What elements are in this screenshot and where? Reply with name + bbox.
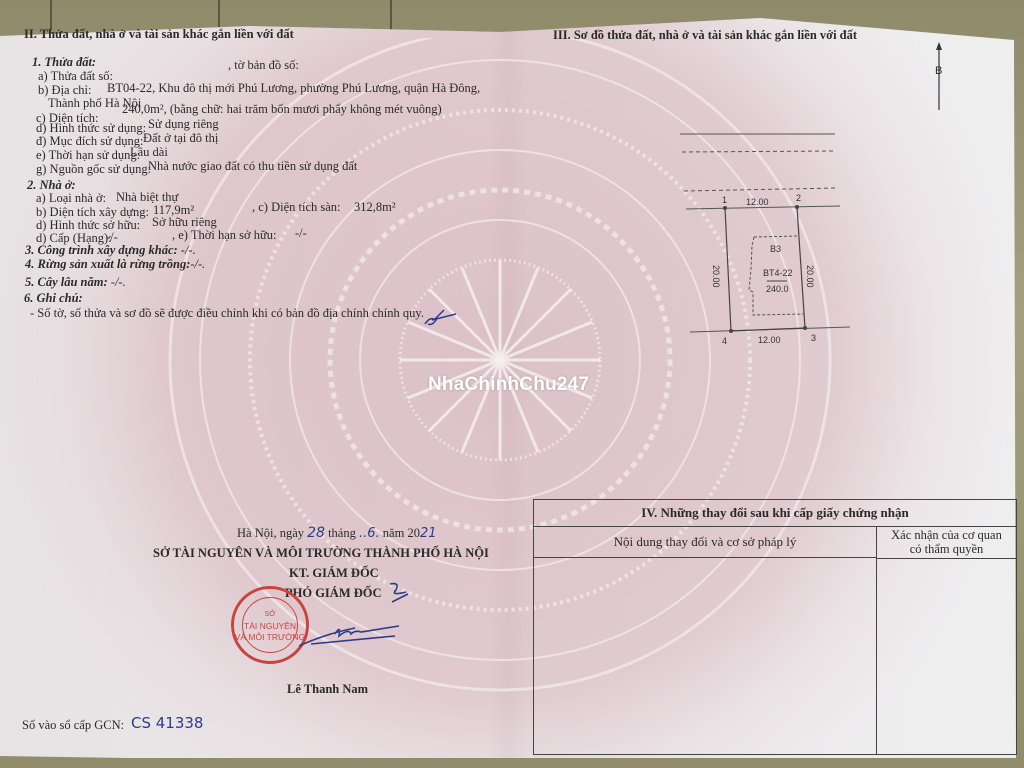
table-divider: [876, 558, 877, 754]
section3-title: III. Sơ đồ thửa đất, nhà ở và tài sản kh…: [553, 28, 857, 43]
svg-text:240.0: 240.0: [766, 284, 789, 294]
usage-origin-value: Nhà nước giao đất có thu tiền sử dụng đấ…: [148, 159, 357, 174]
ownership-term-label: , e) Thời hạn sở hữu:: [172, 228, 276, 243]
initial-mark-icon: [386, 580, 412, 608]
ownership-term-value: -/-: [295, 226, 307, 241]
svg-text:20.00: 20.00: [805, 265, 815, 288]
desk-seam: [218, 0, 220, 30]
floor-area-label: , c) Diện tích sàn:: [252, 200, 341, 215]
usage-term-value: Lâu dài: [130, 145, 168, 160]
usage-purpose-label: đ) Mục đích sử dụng:: [36, 134, 143, 149]
signer-name: Lê Thanh Nam: [287, 682, 368, 697]
address-value: BT04-22, Khu đô thị mới Phú Lương, phườn…: [107, 81, 480, 96]
svg-text:12.00: 12.00: [746, 197, 769, 207]
parcel-diagram: 1 2 3 4 12.00 12.00 B3 BT4-22 240.0 20.0…: [670, 120, 850, 350]
usage-term-label: e) Thời hạn sử dụng:: [36, 148, 140, 163]
usage-purpose-value: Đất ở tại đô thị: [143, 131, 218, 146]
svg-text:2: 2: [796, 193, 801, 203]
svg-text:B3: B3: [770, 244, 781, 254]
authority-column-header: Xác nhận của cơ quan có thẩm quyền: [877, 527, 1016, 559]
section2-title: II. Thửa đất, nhà ở và tài sản khác gắn …: [24, 27, 294, 42]
perennial-trees-heading: 5. Cây lâu năm: -/-.: [25, 275, 126, 290]
usage-origin-label: g) Nguồn gốc sử dụng:: [36, 162, 151, 177]
desk-seam: [50, 0, 52, 30]
house-type-label: a) Loại nhà ở:: [36, 191, 106, 206]
issuing-agency: SỞ TÀI NGUYÊN VÀ MÔI TRƯỜNG THÀNH PHỐ HÀ…: [153, 546, 489, 561]
signature-icon: [295, 616, 405, 652]
area-value: 240,0m², (bằng chữ: hai trăm bốn mươi ph…: [122, 102, 442, 117]
floor-area-value: 312,8m²: [354, 200, 396, 215]
issue-date: Hà Nội, ngày 28 tháng ..6. năm 2021: [237, 526, 437, 541]
svg-text:12.00: 12.00: [758, 335, 781, 345]
parcel-number-label: a) Thửa đất số:: [38, 69, 113, 84]
svg-text:3: 3: [811, 333, 816, 343]
registry-number: CS 41338: [131, 716, 203, 731]
notes-heading: 6. Ghi chú:: [24, 291, 83, 306]
usage-form-value: Sử dụng riêng: [148, 117, 219, 132]
desk-seam: [390, 0, 392, 30]
registry-label: Số vào sổ cấp GCN:: [22, 718, 124, 733]
changes-table: IV. Những thay đổi sau khi cấp giấy chứn…: [533, 499, 1017, 755]
initial-mark-icon: [422, 306, 458, 328]
other-construction-heading: 3. Công trình xây dựng khác: -/-.: [25, 243, 196, 258]
svg-text:4: 4: [722, 336, 727, 346]
planted-forest-heading: 4. Rừng sản xuất là rừng trồng:-/-.: [25, 257, 205, 272]
svg-text:20.00: 20.00: [711, 265, 721, 288]
land-heading: 1. Thửa đất:: [32, 55, 96, 70]
watermark: NhaChinhChu247: [428, 374, 589, 396]
svg-text:1: 1: [722, 195, 727, 205]
deputy-title-kt: KT. GIÁM ĐỐC: [289, 566, 379, 581]
map-sheet-label: , tờ bản đồ số:: [228, 58, 299, 73]
changes-column-header: Nội dung thay đổi và cơ sở pháp lý: [534, 527, 877, 558]
notes-text: - Số tờ, số thửa và sơ đồ sẽ được điều c…: [30, 306, 424, 321]
svg-text:BT4-22: BT4-22: [763, 268, 793, 278]
north-label: B: [935, 64, 942, 79]
changes-table-title: IV. Những thay đổi sau khi cấp giấy chứn…: [534, 500, 1016, 527]
